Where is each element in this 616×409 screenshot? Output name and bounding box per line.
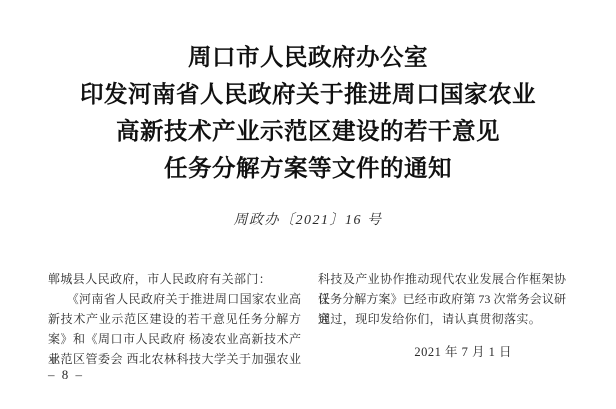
body-right-lines: 科技及产业协作推动现代农业发展合作框架协议任务分解方案》已经市政府第 73 次常… xyxy=(318,269,566,329)
document-page: 周口市人民政府办公室印发河南省人民政府关于推进周口国家农业高新技术产业示范区建设… xyxy=(0,0,616,409)
page-number: – 8 – xyxy=(48,366,84,384)
text-line: 郸城县人民政府，市人民政府有关部门： xyxy=(48,269,301,289)
body-right-column: 科技及产业协作推动现代农业发展合作框架协议任务分解方案》已经市政府第 73 次常… xyxy=(318,269,566,362)
text-line: 示范区管委会 西北农林科技大学关于加强农业 xyxy=(48,349,301,369)
text-line: 案》和《周口市人民政府 杨凌农业高新技术产业 xyxy=(48,329,301,349)
document-title: 周口市人民政府办公室印发河南省人民政府关于推进周口国家农业高新技术产业示范区建设… xyxy=(0,40,616,188)
text-line: 高新技术产业示范区建设的若干意见 xyxy=(0,114,616,151)
issue-date: 2021 年 7 月 1 日 xyxy=(318,342,566,362)
text-line: 任务分解方案》已经市政府第 73 次常务会议研究 xyxy=(318,289,566,309)
text-line: 《河南省人民政府关于推进周口国家农业高 xyxy=(48,289,301,309)
text-line: 周口市人民政府办公室 xyxy=(0,40,616,77)
doc-number: 周政办〔2021〕16 号 xyxy=(0,209,616,229)
text-line: 任务分解方案等文件的通知 xyxy=(0,151,616,188)
text-line: 通过，现印发给你们，请认真贯彻落实。 xyxy=(318,309,566,329)
body-left-column: 郸城县人民政府，市人民政府有关部门： 《河南省人民政府关于推进周口国家农业高新技… xyxy=(48,269,301,369)
text-line: 新技术产业示范区建设的若干意见任务分解方 xyxy=(48,309,301,329)
text-line: 印发河南省人民政府关于推进周口国家农业 xyxy=(0,77,616,114)
text-line: 科技及产业协作推动现代农业发展合作框架协议 xyxy=(318,269,566,289)
